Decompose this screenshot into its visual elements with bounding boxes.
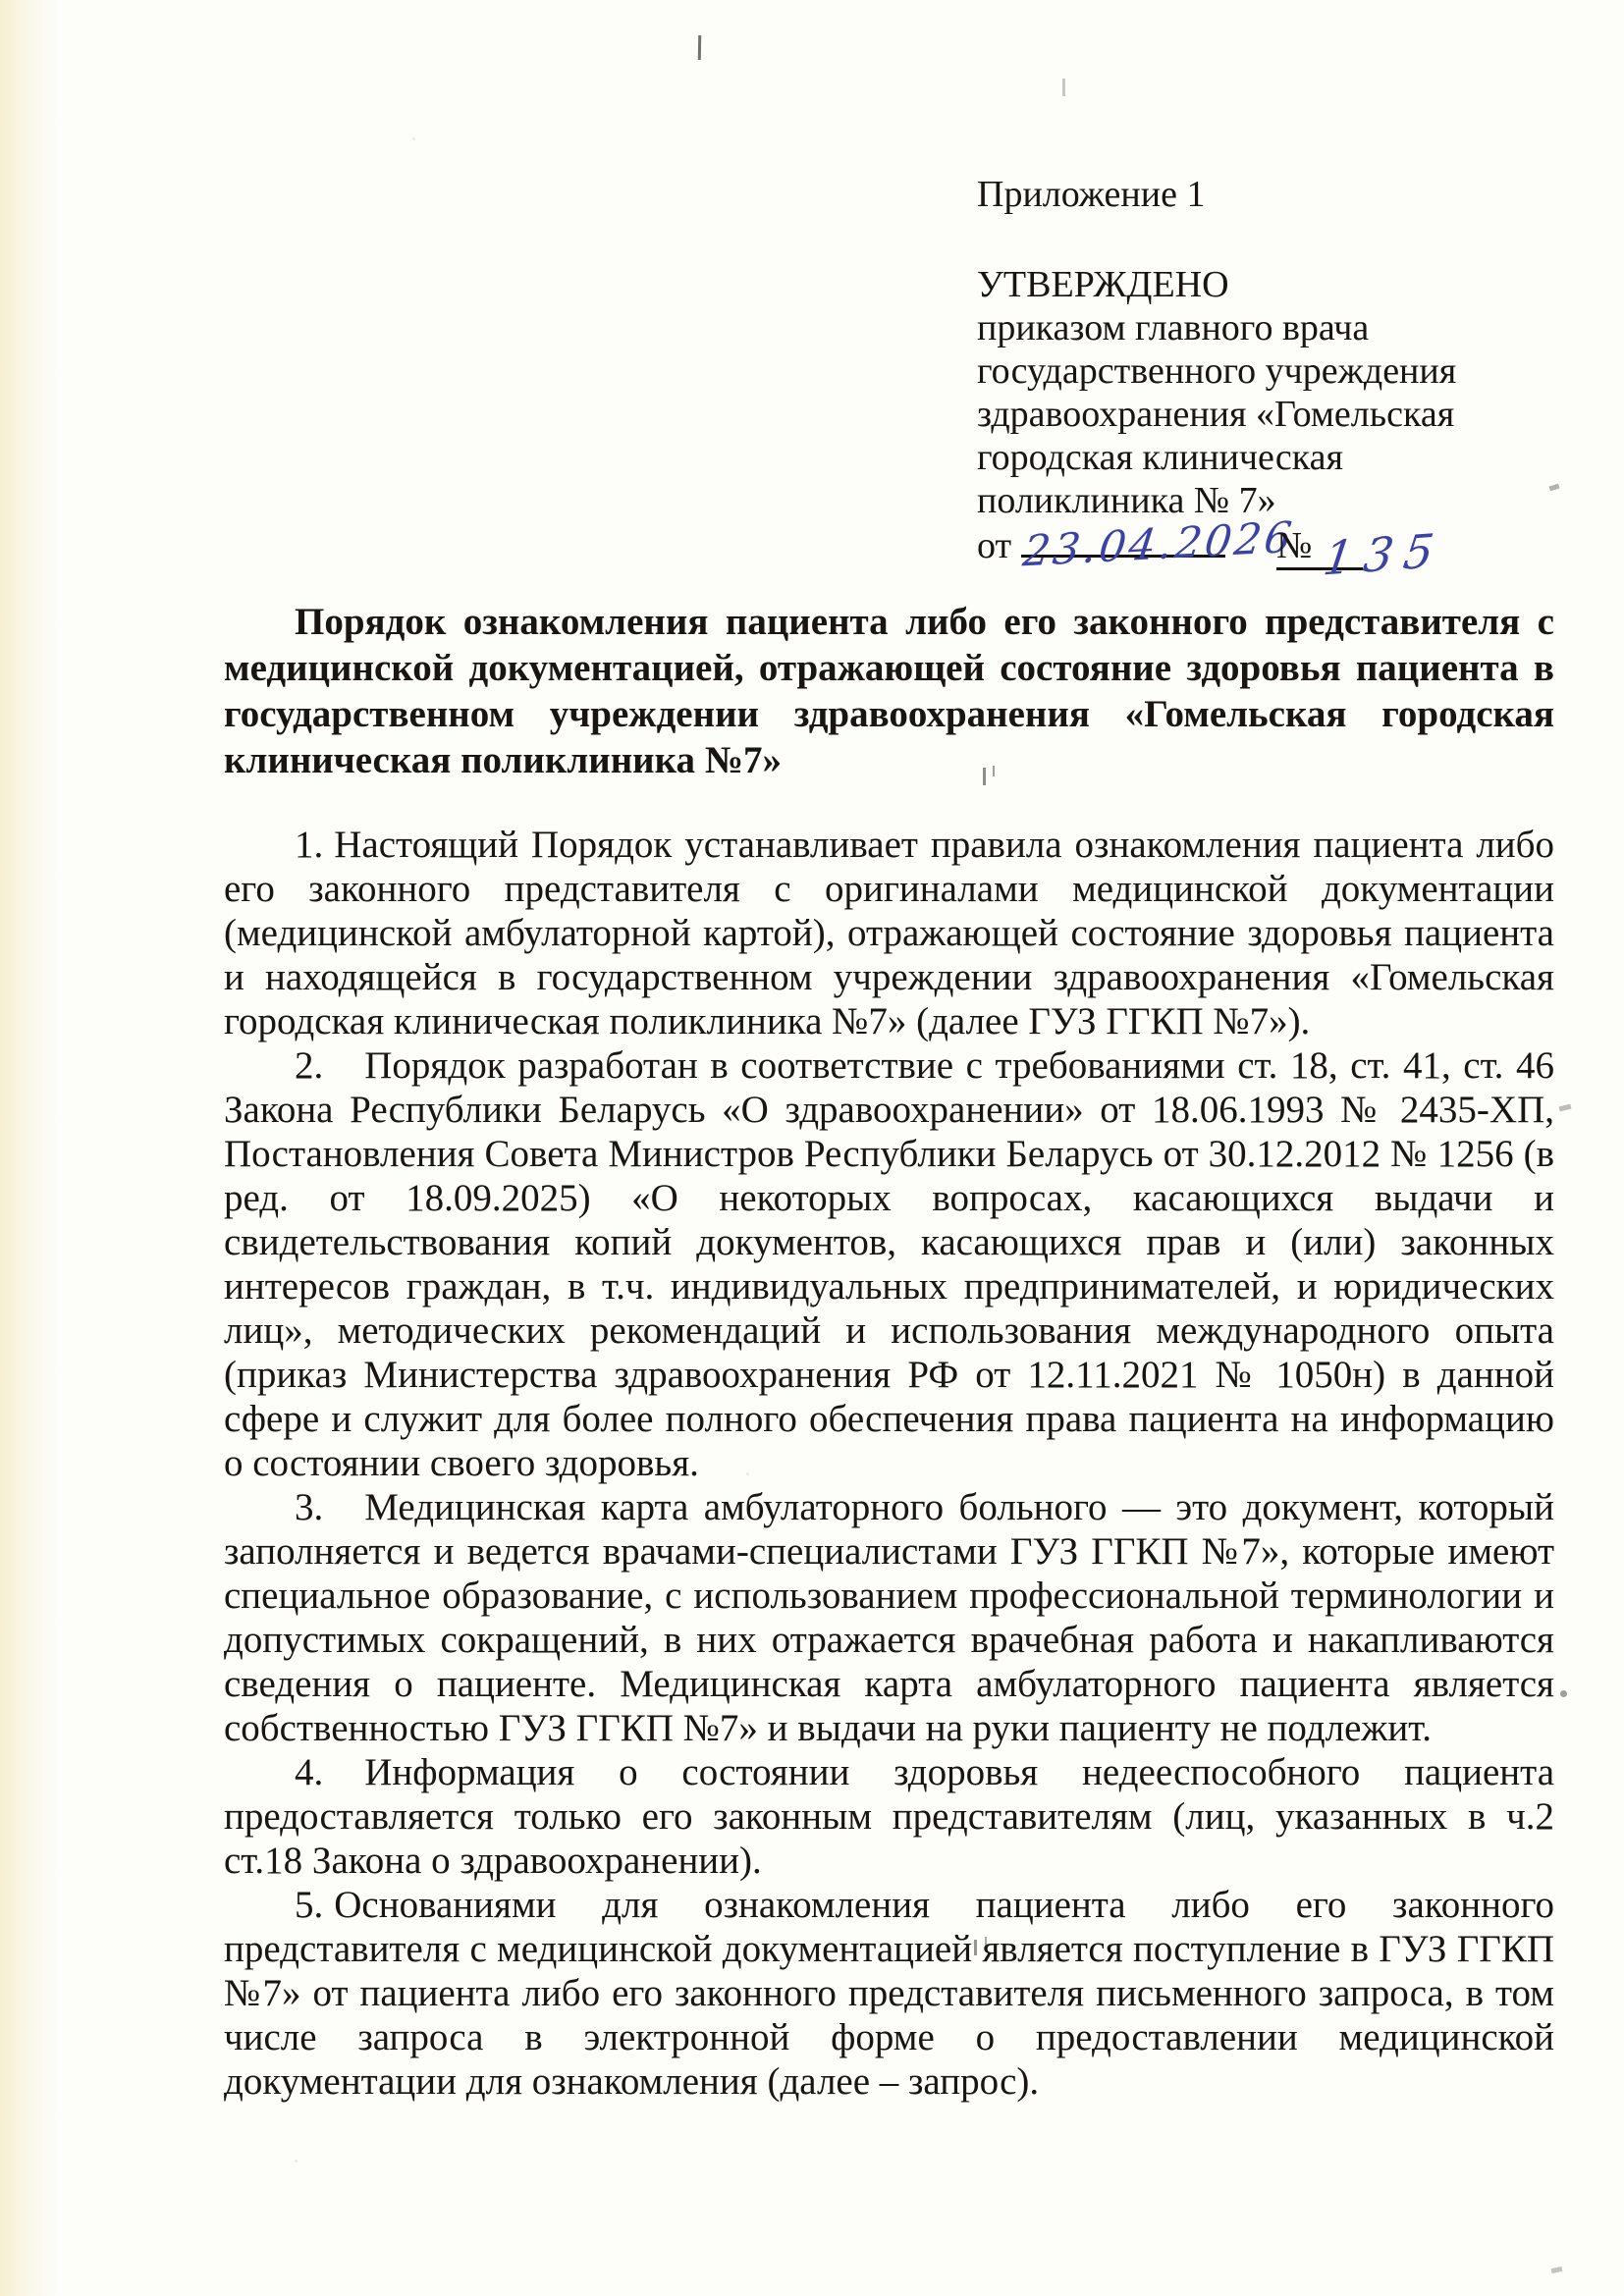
handwritten-date: 23.04.2026	[1021, 516, 1297, 574]
paragraph-2: 2.Порядок разработан в соответствие с тр…	[224, 1043, 1554, 1485]
approval-line: приказом главного врача	[977, 306, 1551, 349]
scan-mark	[1560, 1690, 1567, 1697]
paragraph-text: Порядок разработан в соответствие с треб…	[224, 1044, 1554, 1484]
approval-block: Приложение 1 УТВЕРЖДЕНО приказом главног…	[977, 173, 1551, 570]
paragraph-text: Настоящий Порядок устанавливает правила …	[224, 824, 1554, 1042]
paragraph-text: Информация о состоянии здоровья недееспо…	[224, 1751, 1554, 1882]
paragraph-number: 4.	[295, 1751, 323, 1793]
approval-line: государственного учреждения	[977, 349, 1551, 393]
scan-mark	[698, 35, 701, 60]
approval-line: здравоохранения «Гомельская	[977, 393, 1551, 436]
paragraph-text: Медицинская карта амбулаторного больного…	[224, 1486, 1554, 1749]
document-body: 1.Настоящий Порядок устанавливает правил…	[224, 823, 1554, 2104]
number-sign: №	[1276, 525, 1312, 566]
date-underline: 23.04.2026	[1021, 549, 1225, 558]
scan-speck	[412, 137, 415, 140]
paragraph-1: 1.Настоящий Порядок устанавливает правил…	[224, 823, 1554, 1043]
paragraph-4: 4.Информация о состоянии здоровья недеес…	[224, 1750, 1554, 1883]
paragraph-number: 2.	[295, 1044, 323, 1087]
document-page: Приложение 1 УТВЕРЖДЕНО приказом главног…	[0, 0, 1624, 2296]
scan-mark	[1551, 2267, 1563, 2273]
order-date-line: от23.04.2026№135	[977, 524, 1551, 570]
number-underline: №135	[1276, 524, 1363, 570]
paragraph-number: 5.	[295, 1884, 323, 1926]
approved-stamp-text: УТВЕРЖДЕНО	[977, 263, 1551, 306]
scan-speck	[295, 2160, 298, 2163]
document-title: Порядок ознакомления пациента либо его з…	[224, 599, 1554, 783]
paragraph-number: 3.	[295, 1486, 323, 1528]
scan-mark	[1559, 1104, 1572, 1112]
paragraph-text: Основаниями для ознакомления пациента ли…	[224, 1884, 1554, 2103]
paragraph-number: 1.	[295, 824, 323, 866]
paragraph-5: 5.Основаниями для ознакомления пациента …	[224, 1883, 1554, 2104]
approval-line: городская клиническая	[977, 436, 1551, 479]
appendix-label: Приложение 1	[977, 173, 1551, 216]
scan-mark	[1062, 79, 1065, 96]
scan-edge-tint	[0, 0, 59, 2296]
handwritten-number: 135	[1321, 529, 1447, 581]
from-label: от	[977, 525, 1011, 566]
paragraph-3: 3.Медицинская карта амбулаторного больно…	[224, 1485, 1554, 1750]
